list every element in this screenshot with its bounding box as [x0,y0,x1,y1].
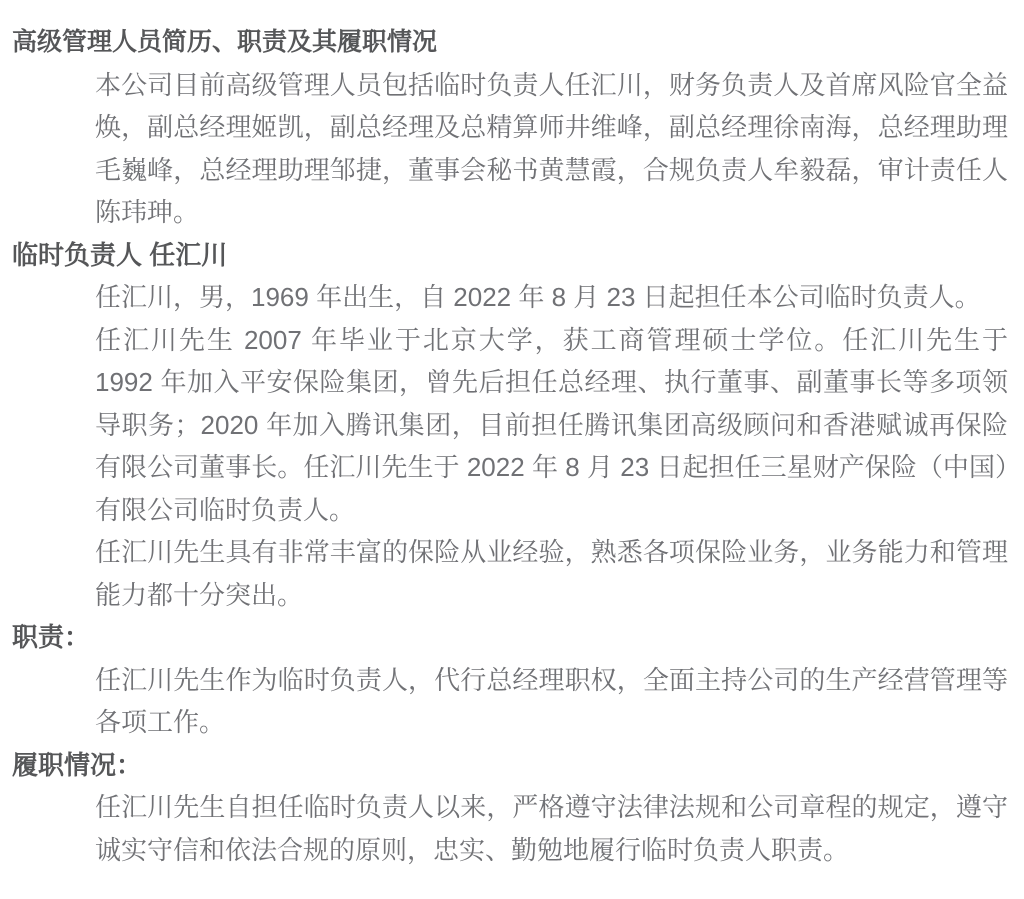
section-heading-temporary-head: 临时负责人 任汇川 [12,234,1008,277]
birth-appointment-paragraph: 任汇川，男，1969 年出生，自 2022 年 8 月 23 日起担任本公司临时… [95,276,1008,319]
section-heading-performance: 履职情况： [12,744,1008,787]
document-body: 高级管理人员简历、职责及其履职情况本公司目前高级管理人员包括临时负责人任汇川，财… [12,21,1008,871]
document-page: 高级管理人员简历、职责及其履职情况本公司目前高级管理人员包括临时负责人任汇川，财… [0,0,1024,899]
document-title: 高级管理人员简历、职责及其履职情况 [12,21,1008,64]
career-history-paragraph: 任汇川先生 2007 年毕业于北京大学，获工商管理硕士学位。任汇川先生于 199… [95,319,1008,532]
experience-summary-paragraph: 任汇川先生具有非常丰富的保险从业经验，熟悉各项保险业务，业务能力和管理能力都十分… [95,531,1008,616]
performance-paragraph: 任汇川先生自担任临时负责人以来，严格遵守法律法规和公司章程的规定，遵守诚实守信和… [95,786,1008,871]
section-heading-duties: 职责： [12,616,1008,659]
management-overview-paragraph: 本公司目前高级管理人员包括临时负责人任汇川，财务负责人及首席风险官全益焕，副总经… [95,64,1008,234]
duties-paragraph: 任汇川先生作为临时负责人，代行总经理职权，全面主持公司的生产经营管理等各项工作。 [95,659,1008,744]
